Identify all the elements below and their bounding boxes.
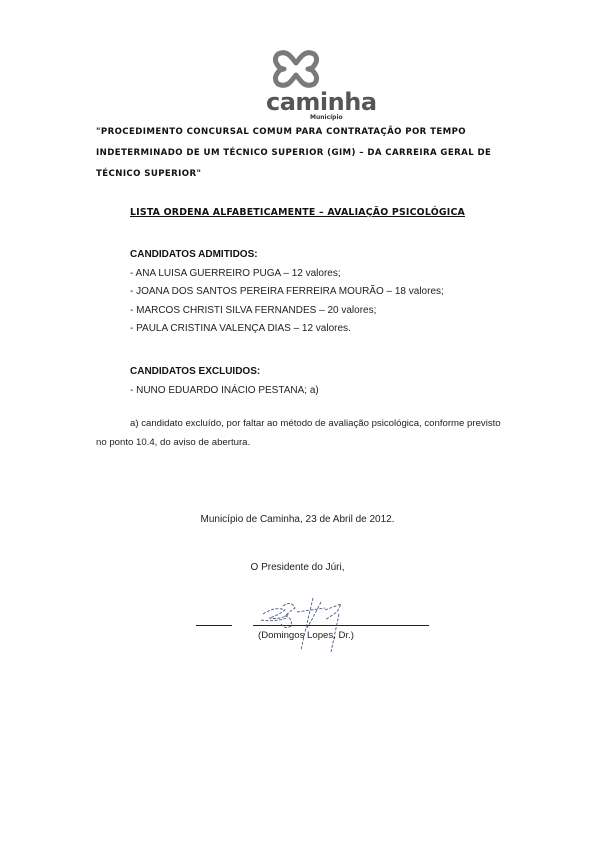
document-heading: "PROCEDIMENTO CONCURSAL COMUM PARA CONTR…: [96, 122, 526, 185]
signature-line-left: [196, 625, 232, 626]
logo-subtitle: Município: [310, 114, 343, 121]
note-line-1: a) candidato excluído, por faltar ao mét…: [96, 414, 526, 433]
admitted-candidates-section: CANDIDATOS ADMITIDOS: - ANA LUISA GUERRE…: [130, 246, 444, 339]
admitted-label: CANDIDATOS ADMITIDOS:: [130, 246, 444, 265]
municipality-logo: caminha Município: [262, 48, 372, 123]
caminha-cross-logo-icon: [266, 48, 326, 90]
date-line: Município de Caminha, 23 de Abril de 201…: [0, 514, 595, 525]
list-item: - NUNO EDUARDO INÁCIO PESTANA; a): [130, 382, 319, 401]
list-item: - PAULA CRISTINA VALENÇA DIAS – 12 valor…: [130, 320, 444, 339]
list-title: LISTA ORDENA ALFABETICAMENTE – AVALIAÇÃO…: [130, 207, 465, 218]
list-item: - MARCOS CHRISTI SILVA FERNANDES – 20 va…: [130, 302, 444, 321]
exclusion-note: a) candidato excluído, por faltar ao mét…: [96, 414, 526, 452]
excluded-label: CANDIDATOS EXCLUIDOS:: [130, 363, 319, 382]
signer-name: (Domingos Lopes, Dr.): [258, 630, 354, 641]
excluded-candidates-section: CANDIDATOS EXCLUIDOS: - NUNO EDUARDO INÁ…: [130, 363, 319, 400]
president-label: O Presidente do Júri,: [0, 562, 595, 573]
list-item: - JOANA DOS SANTOS PEREIRA FERREIRA MOUR…: [130, 283, 444, 302]
note-line-2: no ponto 10.4, do aviso de abertura.: [96, 433, 526, 452]
handwritten-signature-icon: [255, 592, 375, 652]
list-item: - ANA LUISA GUERREIRO PUGA – 12 valores;: [130, 265, 444, 284]
logo-wordmark: caminha: [266, 88, 377, 116]
